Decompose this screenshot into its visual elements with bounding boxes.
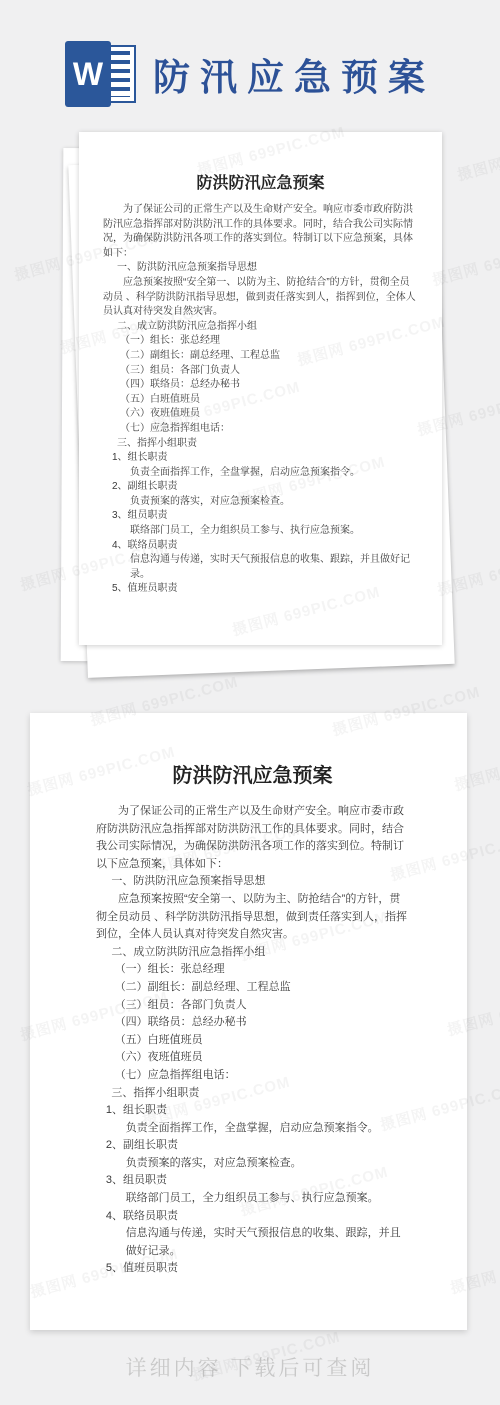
doc-line: （七）应急指挥组电话： [115,1067,409,1085]
footer-note: 详细内容 下载后可查阅 [126,1357,375,1380]
doc-line: 应急预案按照“安全第一、以防为主、防抢结合”的方针，贯彻全员动员 、科学防洪防汛… [96,891,409,944]
doc-line: 应急预案按照“安全第一、以防为主、防抢结合”的方针，贯彻全员动员 、科学防洪防汛… [103,276,418,320]
word-icon-letter: W [73,58,103,90]
doc-line: （五）白班值班员 [115,1032,409,1050]
doc-line: 为了保证公司的正常生产以及生命财产安全。响应市委市政府防洪防汛应急指挥部对防洪防… [103,203,418,261]
doc-line: 3、组员职责 [112,509,418,524]
document-content-large: 防洪防汛应急预案 为了保证公司的正常生产以及生命财产安全。响应市委市政府防洪防汛… [30,713,467,1330]
doc-line: 三、指挥小组职责 [111,1085,409,1103]
doc-line: （一）组长：张总经理 [120,334,418,349]
document-title: 防洪防汛应急预案 [103,132,418,194]
word-icon-panel: W [65,41,111,107]
doc-line: 5、值班员职责 [106,1260,409,1278]
footer: 详细内容 下载后可查阅 [0,1352,500,1382]
doc-line: 一、防洪防汛应急预案指导思想 [117,261,418,276]
document-title: 防洪防汛应急预案 [96,713,409,789]
doc-line: 2、副组长职责 [106,1137,409,1155]
doc-line: （六）夜班值班员 [115,1049,409,1067]
document-page-preview-1[interactable]: 防洪防汛应急预案 为了保证公司的正常生产以及生命财产安全。响应市委市政府防洪防汛… [79,132,442,645]
word-icon: W [65,41,136,107]
header: W 防汛应急预案 [0,38,500,110]
doc-line: （七）应急指挥组电话： [120,422,418,437]
doc-line: 5、值班员职责 [112,582,418,597]
doc-line: （二）副组长：副总经理、工程总监 [115,979,409,997]
doc-line: 二、成立防洪防汛应急指挥小组 [111,944,409,962]
doc-line: 负责全面指挥工作，全盘掌握，启动应急预案指令。 [130,466,418,481]
doc-line: （三）组员：各部门负责人 [115,997,409,1015]
doc-line: 负责预案的落实，对应急预案检查。 [130,495,418,510]
doc-line: 负责预案的落实，对应急预案检查。 [126,1155,409,1173]
doc-line: 4、联络员职责 [112,539,418,554]
document-preview-large: 防洪防汛应急预案 为了保证公司的正常生产以及生命财产安全。响应市委市政府防洪防汛… [30,713,467,1330]
doc-line: （三）组员：各部门负责人 [120,364,418,379]
doc-line: 联络部门员工，全力组织员工参与、执行应急预案。 [130,524,418,539]
doc-line: （六）夜班值班员 [120,407,418,422]
doc-line: 信息沟通与传递，实时天气预报信息的收集、跟踪，并且做好记录。 [126,1225,409,1260]
document-body: 为了保证公司的正常生产以及生命财产安全。响应市委市政府防洪防汛应急指挥部对防洪防… [103,203,418,597]
doc-line: 1、组长职责 [112,451,418,466]
doc-line: 1、组长职责 [106,1102,409,1120]
doc-line: 负责全面指挥工作，全盘掌握，启动应急预案指令。 [126,1120,409,1138]
watermark-text: 摄图网 699PIC.COM [455,126,500,186]
doc-line: 一、防洪防汛应急预案指导思想 [111,873,409,891]
doc-line: （二）副组长：副总经理、工程总监 [120,349,418,364]
doc-line: 为了保证公司的正常生产以及生命财产安全。响应市委市政府防洪防汛应急指挥部对防洪防… [96,803,409,873]
doc-line: （四）联络员：总经办秘书 [120,378,418,393]
doc-line: 联络部门员工，全力组织员工参与、执行应急预案。 [126,1190,409,1208]
preview-canvas: W 防汛应急预案 防洪防汛应急预案 为了保证公司的正常生产以及生命财产安全。响应… [0,0,500,1405]
document-page-preview-2[interactable]: 防洪防汛应急预案 为了保证公司的正常生产以及生命财产安全。响应市委市政府防洪防汛… [30,713,467,1330]
doc-line: 2、副组长职责 [112,480,418,495]
doc-line: 信息沟通与传递，实时天气预报信息的收集、跟踪，并且做好记录。 [130,553,418,582]
doc-line: （一）组长：张总经理 [115,961,409,979]
doc-line: 三、指挥小组职责 [117,437,418,452]
page-title: 防汛应急预案 [153,47,435,101]
doc-line: （五）白班值班员 [120,393,418,408]
doc-line: 3、组员职责 [106,1172,409,1190]
document-content-small: 防洪防汛应急预案 为了保证公司的正常生产以及生命财产安全。响应市委市政府防洪防汛… [79,132,442,645]
document-body: 为了保证公司的正常生产以及生命财产安全。响应市委市政府防洪防汛应急指挥部对防洪防… [96,803,409,1278]
doc-line: 4、联络员职责 [106,1208,409,1226]
doc-line: 二、成立防洪防汛应急指挥小组 [117,320,418,335]
document-preview-stack: 防洪防汛应急预案 为了保证公司的正常生产以及生命财产安全。响应市委市政府防洪防汛… [79,132,442,645]
doc-line: （四）联络员：总经办秘书 [115,1014,409,1032]
